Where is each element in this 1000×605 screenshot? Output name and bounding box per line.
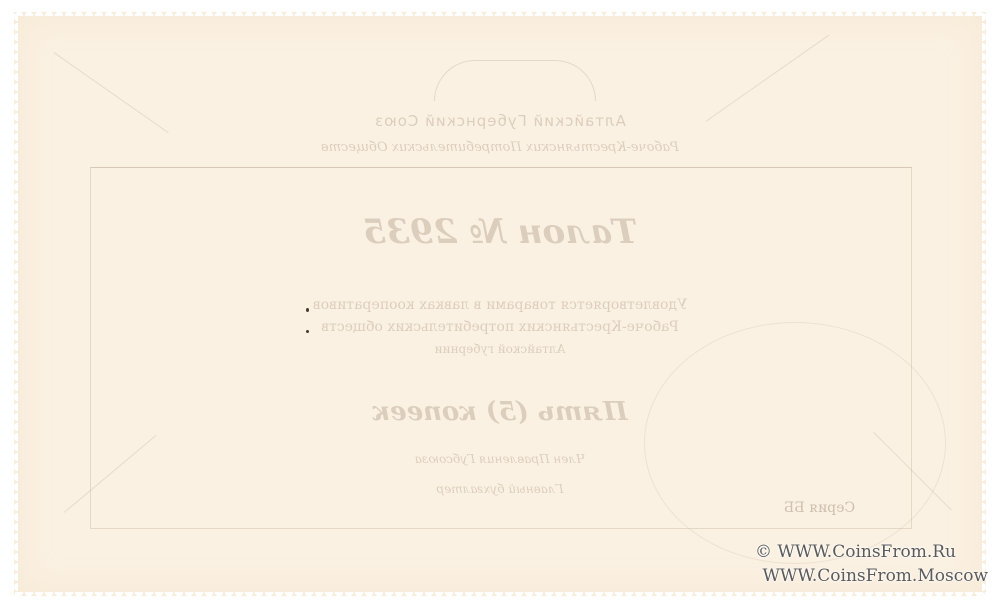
ghost-text-coupon-number: Талон № 2935 xyxy=(14,212,986,252)
paper-speck xyxy=(306,330,309,333)
perforated-edge-top xyxy=(14,8,986,16)
copyright-watermark-moscow: WWW.CoinsFrom.Moscow xyxy=(762,566,988,586)
copyright-watermark-ru: © WWW.CoinsFrom.Ru xyxy=(755,542,956,562)
ghost-text-signature-1: Член Правления Губсоюза xyxy=(14,452,986,466)
ghost-text-signature-2: Главный бухгалтер xyxy=(14,482,986,496)
ghost-text-clause-2: Рабоче-Крестьянских потребительских обще… xyxy=(14,319,986,335)
ghost-text-denomination: Пять (5) копеек xyxy=(14,397,986,427)
ghost-text-clause-3: Алтайской губернии xyxy=(14,342,986,356)
ghost-text-clause-1: Удовлетворяется товарами в лавках коопер… xyxy=(14,297,986,313)
ghost-text-union-title: Алтайский Губернский Союз xyxy=(14,112,986,130)
ghost-text-union-subtitle: Рабоче-Крестьянских Потребительских Обще… xyxy=(14,140,986,155)
frame-corner-line xyxy=(706,35,829,122)
bleed-through-stamp xyxy=(644,322,946,564)
perforated-edge-bottom xyxy=(14,592,986,600)
ghost-text-series: Серия ББ xyxy=(784,500,855,516)
banknote-paper: Алтайский Губернский Союз Рабоче-Крестья… xyxy=(14,12,986,596)
paper-speck xyxy=(306,308,309,312)
frame-top-ornament xyxy=(434,60,596,101)
image-canvas: Алтайский Губернский Союз Рабоче-Крестья… xyxy=(0,0,1000,605)
